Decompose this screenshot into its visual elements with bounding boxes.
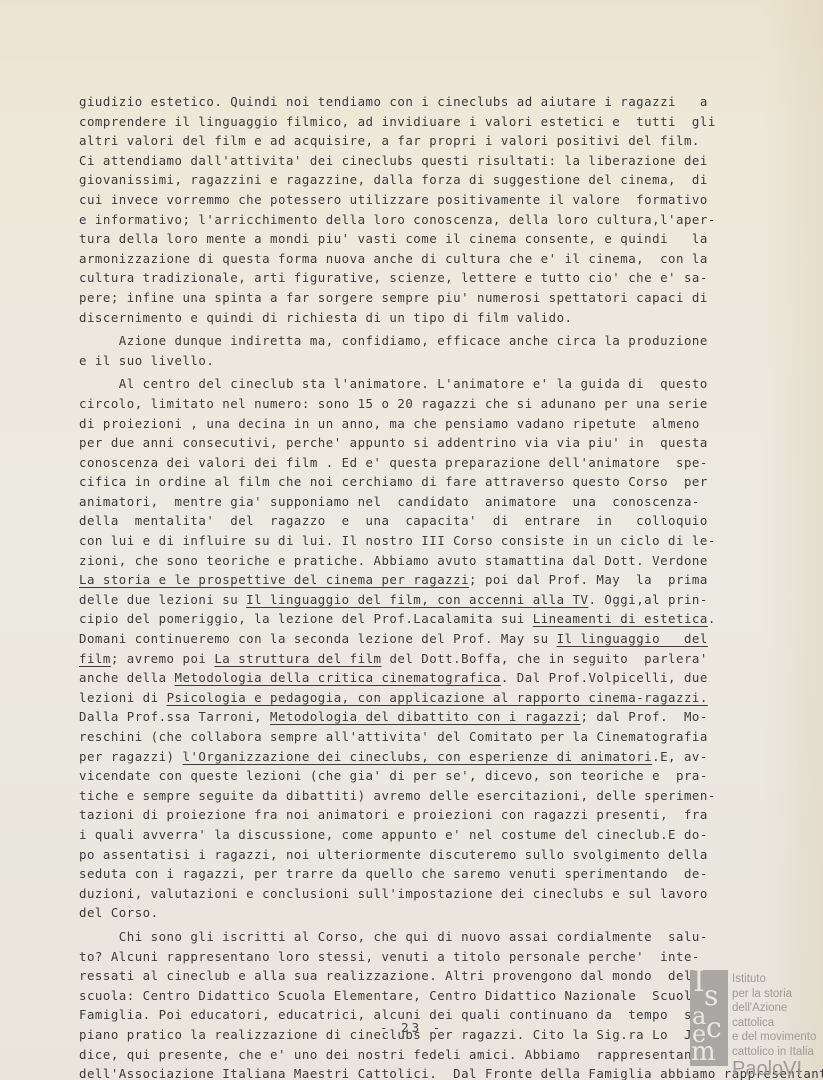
text-segment: armonizzazione di questa forma nuova anc… — [79, 251, 708, 266]
text-line: Al centro del cineclub sta l'animatore. … — [79, 374, 769, 394]
text-line: La storia e le prospettive del cinema pe… — [79, 570, 769, 590]
text-segment: . Dal Prof.Volpicelli, due — [501, 670, 708, 685]
text-line: per due anni consecutivi, perche' appunt… — [79, 433, 769, 453]
underlined-lecture-title: Il linguaggio del — [557, 631, 708, 646]
text-line: conoscenza dei valori dei film . Ed e' q… — [79, 453, 769, 473]
text-segment: . — [708, 611, 716, 626]
text-segment: tura della loro mente a mondi piu' vasti… — [79, 231, 708, 246]
text-segment: del Dott.Boffa, che in seguito parlera' — [381, 651, 707, 666]
text-segment: con lui e di influire su di lui. Il nost… — [79, 533, 716, 548]
text-line: scuola: Centro Didattico Scuola Elementa… — [79, 986, 769, 1006]
text-line: cultura tradizionale, arti figurative, s… — [79, 268, 769, 288]
text-segment: reschini (che collabora sempre all'attiv… — [79, 729, 708, 744]
text-line: tura della loro mente a mondi piu' vasti… — [79, 229, 769, 249]
logo-text-line: Istituto — [732, 972, 823, 987]
text-segment: per due anni consecutivi, perche' appunt… — [79, 435, 708, 450]
logo-text-line: e del movimento — [732, 1030, 823, 1045]
text-segment: conoscenza dei valori dei film . Ed e' q… — [79, 455, 708, 470]
text-line: Azione dunque indiretta ma, confidiamo, … — [79, 331, 769, 351]
text-line: giovanissimi, ragazzini e ragazzine, dal… — [79, 170, 769, 190]
text-line: seduta con i ragazzi, per trarre da quel… — [79, 864, 769, 884]
text-line: anche della Metodologia della critica ci… — [79, 668, 769, 688]
text-segment: . Oggi,al prin- — [588, 592, 707, 607]
text-line: animatori, mentre gia' supponiamo nel ca… — [79, 492, 769, 512]
text-line: e il suo livello. — [79, 351, 769, 371]
text-line: dice, qui presente, che e' uno dei nostr… — [79, 1045, 769, 1065]
text-line: po assentatisi i ragazzi, noi ulteriorme… — [79, 845, 769, 865]
text-line: tazioni di proiezione fra noi animatori … — [79, 805, 769, 825]
text-segment: cui invece vorremmo che potessero utiliz… — [79, 192, 708, 207]
text-segment: e il suo livello. — [79, 353, 214, 368]
text-segment: comprendere il linguaggio filmico, ad in… — [79, 114, 716, 129]
logo-name: PaoloVI — [732, 1059, 823, 1079]
text-line: Chi sono gli iscritti al Corso, che qui … — [79, 927, 769, 947]
underlined-lecture-title: Il linguaggio del film, con accenni alla… — [246, 592, 588, 607]
text-line: e informativo; l'arricchimento della lor… — [79, 210, 769, 230]
text-segment: giovanissimi, ragazzini e ragazzine, dal… — [79, 172, 708, 187]
text-segment: duzioni, valutazioni e conclusioni sull'… — [79, 886, 708, 901]
text-line: Ci attendiamo dall'attivita' dei cineclu… — [79, 151, 769, 171]
text-line: pere; infine una spinta a far sorgere se… — [79, 288, 769, 308]
text-segment: ; poi dal Prof. May la prima — [469, 572, 708, 587]
text-segment: scuola: Centro Didattico Scuola Elementa… — [79, 988, 708, 1003]
text-line: circolo, limitato nel numero: sono 15 o … — [79, 394, 769, 414]
text-segment: delle due lezioni su — [79, 592, 246, 607]
text-segment: dice, qui presente, che e' uno dei nostr… — [79, 1047, 708, 1062]
text-segment: cifica in ordine al film che noi cerchia… — [79, 474, 708, 489]
text-line: to? Alcuni rappresentano loro stessi, ve… — [79, 947, 769, 967]
text-segment: tazioni di proiezione fra noi animatori … — [79, 807, 708, 822]
text-line: di proiezioni , una decina in un anno, m… — [79, 414, 769, 434]
logo-text-line: cattolico in Italia — [732, 1045, 823, 1060]
text-segment: del Corso. — [79, 905, 159, 920]
text-segment: e informativo; l'arricchimento della lor… — [79, 212, 716, 227]
text-line: cifica in ordine al film che noi cerchia… — [79, 472, 769, 492]
text-line: cipio del pomeriggio, la lezione del Pro… — [79, 609, 769, 629]
text-segment: circolo, limitato nel numero: sono 15 o … — [79, 396, 708, 411]
document-page: giudizio estetico. Quindi noi tendiamo c… — [79, 92, 769, 1080]
underlined-lecture-title: Psicologia e pedagogia, con applicazione… — [167, 690, 708, 705]
text-line: del Corso. — [79, 903, 769, 923]
underlined-lecture-title: La struttura del film — [214, 651, 381, 666]
text-segment: Al centro del cineclub sta l'animatore. … — [79, 376, 708, 391]
text-segment: di proiezioni , una decina in un anno, m… — [79, 416, 700, 431]
text-segment: animatori, mentre gia' supponiamo nel ca… — [79, 494, 700, 509]
text-segment: Dalla Prof.ssa Tarroni, — [79, 709, 270, 724]
logo-text-line: dell'Azione cattolica — [732, 1001, 823, 1030]
text-line: altri valori del film e ad acquisire, a … — [79, 131, 769, 151]
text-segment: anche della — [79, 670, 175, 685]
text-segment: po assentatisi i ragazzi, noi ulteriorme… — [79, 847, 708, 862]
isacem-logo-mark: I s a e c m — [690, 970, 728, 1066]
text-segment: .E, av- — [652, 749, 708, 764]
text-segment: giudizio estetico. Quindi noi tendiamo c… — [79, 94, 708, 109]
text-line: tiche e sempre seguite da dibattiti) avr… — [79, 786, 769, 806]
text-line: zioni, che sono teoriche e pratiche. Abb… — [79, 551, 769, 571]
text-segment: per ragazzi) — [79, 749, 182, 764]
text-line: discernimento e quindi di richiesta di u… — [79, 308, 769, 328]
underlined-lecture-title: l'Organizzazione dei cineclubs, con espe… — [182, 749, 652, 764]
text-segment: ; avremo poi — [111, 651, 214, 666]
text-line: per ragazzi) l'Organizzazione dei cinecl… — [79, 747, 769, 767]
text-line: della mentalita' del ragazzo e una capac… — [79, 511, 769, 531]
text-segment: Domani continueremo con la seconda lezio… — [79, 631, 557, 646]
text-line: comprendere il linguaggio filmico, ad in… — [79, 112, 769, 132]
text-segment: pere; infine una spinta a far sorgere se… — [79, 290, 708, 305]
text-segment: Chi sono gli iscritti al Corso, che qui … — [79, 929, 708, 944]
text-segment: vicendate con queste lezioni (che gia' d… — [79, 768, 708, 783]
text-segment: lezioni di — [79, 690, 167, 705]
text-line: lezioni di Psicologia e pedagogia, con a… — [79, 688, 769, 708]
underlined-lecture-title: Metodologia della critica cinematografic… — [175, 670, 501, 685]
text-segment: della mentalita' del ragazzo e una capac… — [79, 513, 708, 528]
text-line: film; avremo poi La struttura del film d… — [79, 649, 769, 669]
text-segment: cultura tradizionale, arti figurative, s… — [79, 270, 708, 285]
text-segment: ; dal Prof. Mo- — [580, 709, 707, 724]
logo-letter: m — [691, 1040, 716, 1064]
page-number: - 23 - — [380, 1020, 443, 1035]
text-segment: cipio del pomeriggio, la lezione del Pro… — [79, 611, 533, 626]
text-line: reschini (che collabora sempre all'attiv… — [79, 727, 769, 747]
logo-text-line: per la storia — [732, 987, 823, 1002]
isacem-watermark-logo: I s a e c m Istituto per la storia dell'… — [690, 970, 823, 1070]
text-line: armonizzazione di questa forma nuova anc… — [79, 249, 769, 269]
text-segment: discernimento e quindi di richiesta di u… — [79, 310, 573, 325]
text-segment: seduta con i ragazzi, per trarre da quel… — [79, 866, 708, 881]
text-segment: Ci attendiamo dall'attivita' dei cineclu… — [79, 153, 708, 168]
text-segment: altri valori del film e ad acquisire, a … — [79, 133, 700, 148]
text-segment: tiche e sempre seguite da dibattiti) avr… — [79, 788, 716, 803]
text-line: ressati al cineclub e alla sua realizzaz… — [79, 966, 769, 986]
text-line: delle due lezioni su Il linguaggio del f… — [79, 590, 769, 610]
text-segment: i quali avverra' la discussione, come ap… — [79, 827, 708, 842]
underlined-lecture-title: Lineamenti di estetica — [533, 611, 708, 626]
text-segment: Azione dunque indiretta ma, confidiamo, … — [79, 333, 708, 348]
text-line: cui invece vorremmo che potessero utiliz… — [79, 190, 769, 210]
text-line: dell'Associazione Italiana Maestri Catto… — [79, 1064, 769, 1080]
text-line: con lui e di influire su di lui. Il nost… — [79, 531, 769, 551]
underlined-lecture-title: film — [79, 651, 111, 666]
text-line: vicendate con queste lezioni (che gia' d… — [79, 766, 769, 786]
text-line: Domani continueremo con la seconda lezio… — [79, 629, 769, 649]
underlined-lecture-title: La storia e le prospettive del cinema pe… — [79, 572, 469, 587]
text-line: giudizio estetico. Quindi noi tendiamo c… — [79, 92, 769, 112]
text-segment: zioni, che sono teoriche e pratiche. Abb… — [79, 553, 708, 568]
text-line: duzioni, valutazioni e conclusioni sull'… — [79, 884, 769, 904]
text-segment: to? Alcuni rappresentano loro stessi, ve… — [79, 949, 700, 964]
text-segment: ressati al cineclub e alla sua realizzaz… — [79, 968, 708, 983]
text-line: Dalla Prof.ssa Tarroni, Metodologia del … — [79, 707, 769, 727]
text-line: i quali avverra' la discussione, come ap… — [79, 825, 769, 845]
underlined-lecture-title: Metodologia del dibattito con i ragazzi — [270, 709, 580, 724]
isacem-logo-text: Istituto per la storia dell'Azione catto… — [732, 972, 823, 1079]
paper-edge-shadow — [763, 0, 823, 1080]
